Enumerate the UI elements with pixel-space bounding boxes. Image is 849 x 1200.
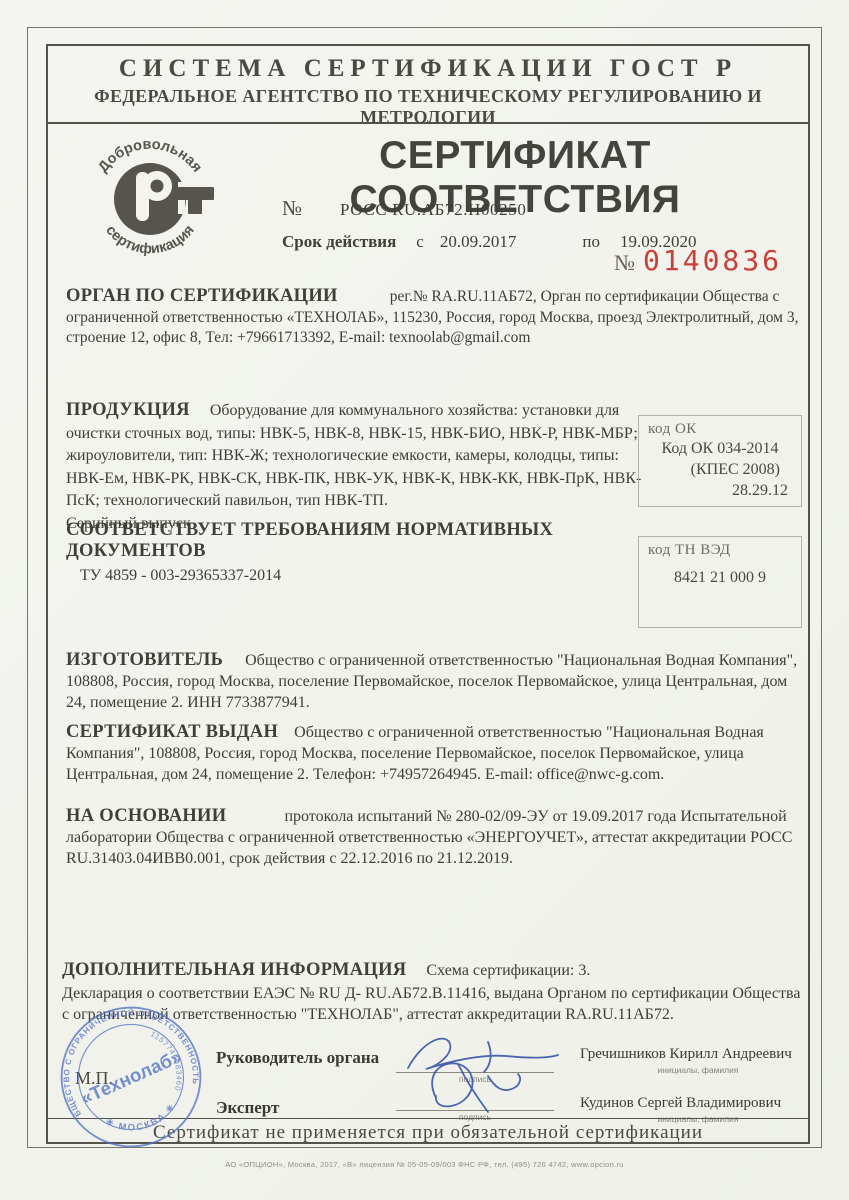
validity-label: Срок действия bbox=[282, 232, 396, 252]
signatory-name-1: Гречишников Кирилл Андреевич bbox=[580, 1046, 816, 1063]
certificate-number-row: № РОСС RU.АБ72.Н00250 bbox=[282, 196, 526, 221]
certificate-page: СИСТЕМА СЕРТИФИКАЦИИ ГОСТ Р ФЕДЕРАЛЬНОЕ … bbox=[0, 0, 849, 1200]
rst-logo-icon: Добровольная сертификация bbox=[80, 132, 230, 282]
org-heading: ОРГАН ПО СЕРТИФИКАЦИИ bbox=[66, 286, 338, 306]
section-product: ПРОДУКЦИЯОборудование для коммунального … bbox=[66, 399, 644, 535]
code-tnved-value: 8421 21 000 9 bbox=[648, 569, 792, 587]
serial-number-digits: 0140836 bbox=[643, 244, 782, 277]
inner-frame: СИСТЕМА СЕРТИФИКАЦИИ ГОСТ Р ФЕДЕРАЛЬНОЕ … bbox=[46, 44, 810, 1144]
section-manufacturer: ИЗГОТОВИТЕЛЬОбщество с ограниченной отве… bbox=[66, 650, 805, 713]
additional-heading: ДОПОЛНИТЕЛЬНАЯ ИНФОРМАЦИЯ bbox=[62, 960, 406, 980]
name-caption-1: инициалы, фамилия bbox=[580, 1065, 816, 1075]
section-basis: НА ОСНОВАНИИпротокола испытаний № 280-02… bbox=[66, 806, 805, 869]
handwritten-signature-2 bbox=[400, 1054, 540, 1116]
basis-heading: НА ОСНОВАНИИ bbox=[66, 806, 226, 826]
validity-from-date: 20.09.2017 bbox=[440, 232, 517, 252]
section-certification-body: ОРГАН ПО СЕРТИФИКАЦИИрег.№ RA.RU.11АБ72,… bbox=[66, 286, 803, 349]
rst-mark bbox=[114, 163, 214, 235]
code-tnved-label: код ТН ВЭД bbox=[648, 542, 792, 559]
header-box: СИСТЕМА СЕРТИФИКАЦИИ ГОСТ Р ФЕДЕРАЛЬНОЕ … bbox=[48, 46, 808, 124]
code-ok-line1: Код ОК 034-2014 bbox=[648, 438, 792, 459]
signatory-role-expert: Эксперт bbox=[216, 1098, 279, 1118]
blank-serial-number: № 0140836 bbox=[614, 244, 782, 277]
code-tnved-box: код ТН ВЭД 8421 21 000 9 bbox=[638, 536, 802, 628]
agency-title: ФЕДЕРАЛЬНОЕ АГЕНТСТВО ПО ТЕХНИЧЕСКОМУ РЕ… bbox=[48, 86, 808, 128]
number-sign: № bbox=[282, 196, 302, 221]
signatory-role-head: Руководитель органа bbox=[216, 1048, 379, 1068]
code-ok-line3: 28.29.12 bbox=[648, 480, 792, 501]
section-issued-to: СЕРТИФИКАТ ВЫДАНОбщество с ограниченной … bbox=[66, 722, 805, 785]
signatory-name-2: Кудинов Сергей Владимирович bbox=[580, 1095, 816, 1112]
stamp-center-text: «Технолаб» bbox=[77, 1045, 184, 1108]
system-title: СИСТЕМА СЕРТИФИКАЦИИ ГОСТ Р bbox=[48, 55, 808, 83]
additional-scheme: Схема сертификации: 3. bbox=[426, 962, 590, 979]
product-heading: ПРОДУКЦИЯ bbox=[66, 400, 190, 420]
serial-number-sign: № bbox=[614, 250, 635, 276]
section-conformity: СООТВЕТСТВУЕТ ТРЕБОВАНИЯМ НОРМАТИВНЫХ ДО… bbox=[66, 520, 666, 586]
conformity-text: ТУ 4859 - 003-29365337-2014 bbox=[80, 565, 666, 586]
issued-heading: СЕРТИФИКАТ ВЫДАН bbox=[66, 722, 278, 742]
conformity-heading: СООТВЕТСТВУЕТ ТРЕБОВАНИЯМ НОРМАТИВНЫХ ДО… bbox=[66, 520, 666, 562]
code-ok-line2: (КПЕС 2008) bbox=[648, 459, 792, 480]
code-ok-box-content: код ОК Код ОК 034-2014 (КПЕС 2008) 28.29… bbox=[638, 415, 802, 507]
validity-from-label: с bbox=[416, 232, 424, 252]
certificate-number: РОСС RU.АБ72.Н00250 bbox=[340, 200, 526, 220]
manufacturer-heading: ИЗГОТОВИТЕЛЬ bbox=[66, 650, 223, 670]
printer-fine-print: АО «ОПЦИОН», Москва, 2017, «В» лицензия … bbox=[0, 1160, 849, 1169]
validity-to-label: по bbox=[582, 232, 600, 252]
code-ok-label: код ОК bbox=[648, 421, 792, 438]
